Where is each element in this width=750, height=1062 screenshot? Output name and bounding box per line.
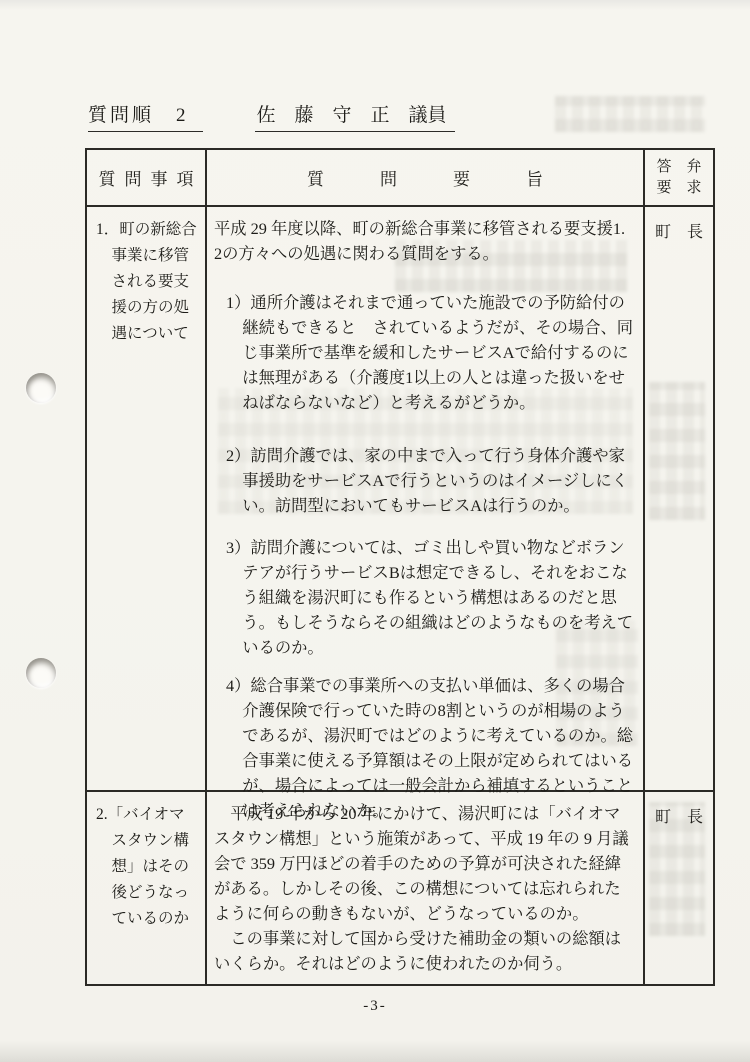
header-question-summary: 質問要旨 — [207, 150, 645, 207]
question-item-cell-2: 2.「バイオマスタウン構想」はその後どうなっているのか — [87, 792, 207, 984]
page-number: -3- — [0, 998, 750, 1015]
answer-cell-1: 町 長 — [645, 207, 713, 792]
question-1-intro: 平成 29 年度以降、町の新総合事業に移管される要支援1. 2の方々への処遇に関… — [214, 216, 636, 266]
question-summary-cell-2: 平成 19 年から 20 年にかけて、湯沢町には「バイオマスタウン構想」という施… — [207, 792, 645, 984]
bleed-through-artifact — [555, 96, 705, 132]
question-item-2: 2.「バイオマスタウン構想」はその後どうなっているのか — [96, 802, 200, 932]
question-1-point-3: 3）訪問介護については、ゴミ出しや買い物などボランテアが行うサービスBは想定でき… — [226, 535, 636, 660]
question-2-paragraph-1: 平成 19 年から 20 年にかけて、湯沢町には「バイオマスタウン構想」という施… — [214, 801, 636, 926]
question-summary-cell-1: 平成 29 年度以降、町の新総合事業に移管される要支援1. 2の方々への処遇に関… — [207, 207, 645, 792]
council-member-name: 佐 藤 守 正 議員 — [255, 100, 455, 132]
answer-cell-2: 町 長 — [645, 792, 713, 984]
question-table: 質問事項 質問要旨 答 弁 要 求 1．町の新総合事業に移管される要支援の方の処… — [85, 148, 715, 986]
scanned-page: 質問順 2 佐 藤 守 正 議員 質問事項 質問要旨 答 弁 要 求 1．町の新… — [0, 0, 750, 1062]
question-1-point-1: 1）通所介護はそれまで通っていた施設での予防給付の継続もできると されているよう… — [226, 290, 636, 415]
document-title: 質問順 2 佐 藤 守 正 議員 — [88, 100, 455, 132]
question-1-point-2: 2）訪問介護では、家の中まで入って行う身体介護や家事援助をサービスAで行うという… — [226, 443, 636, 518]
answerer-1: 町 長 — [655, 224, 703, 241]
header-answer-request-line1: 答 弁 — [656, 157, 701, 178]
header-answer-request: 答 弁 要 求 — [645, 150, 713, 207]
punch-hole — [26, 658, 56, 688]
header-answer-request-line2: 要 求 — [656, 178, 701, 199]
punch-hole — [26, 373, 56, 403]
header-question-item: 質問事項 — [87, 150, 207, 207]
header-question-summary-label: 質問要旨 — [251, 165, 599, 190]
question-item-cell-1: 1．町の新総合事業に移管される要支援の方の処遇について — [87, 207, 207, 792]
question-2-paragraph-2: この事業に対して国から受けた補助金の類いの総額はいくらか。それはどのように使われ… — [214, 926, 636, 976]
question-item-1: 1．町の新総合事業に移管される要支援の方の処遇について — [96, 217, 200, 347]
header-question-item-label: 質問事項 — [90, 165, 203, 190]
answerer-2: 町 長 — [655, 809, 703, 826]
question-order-label: 質問順 2 — [88, 100, 203, 132]
